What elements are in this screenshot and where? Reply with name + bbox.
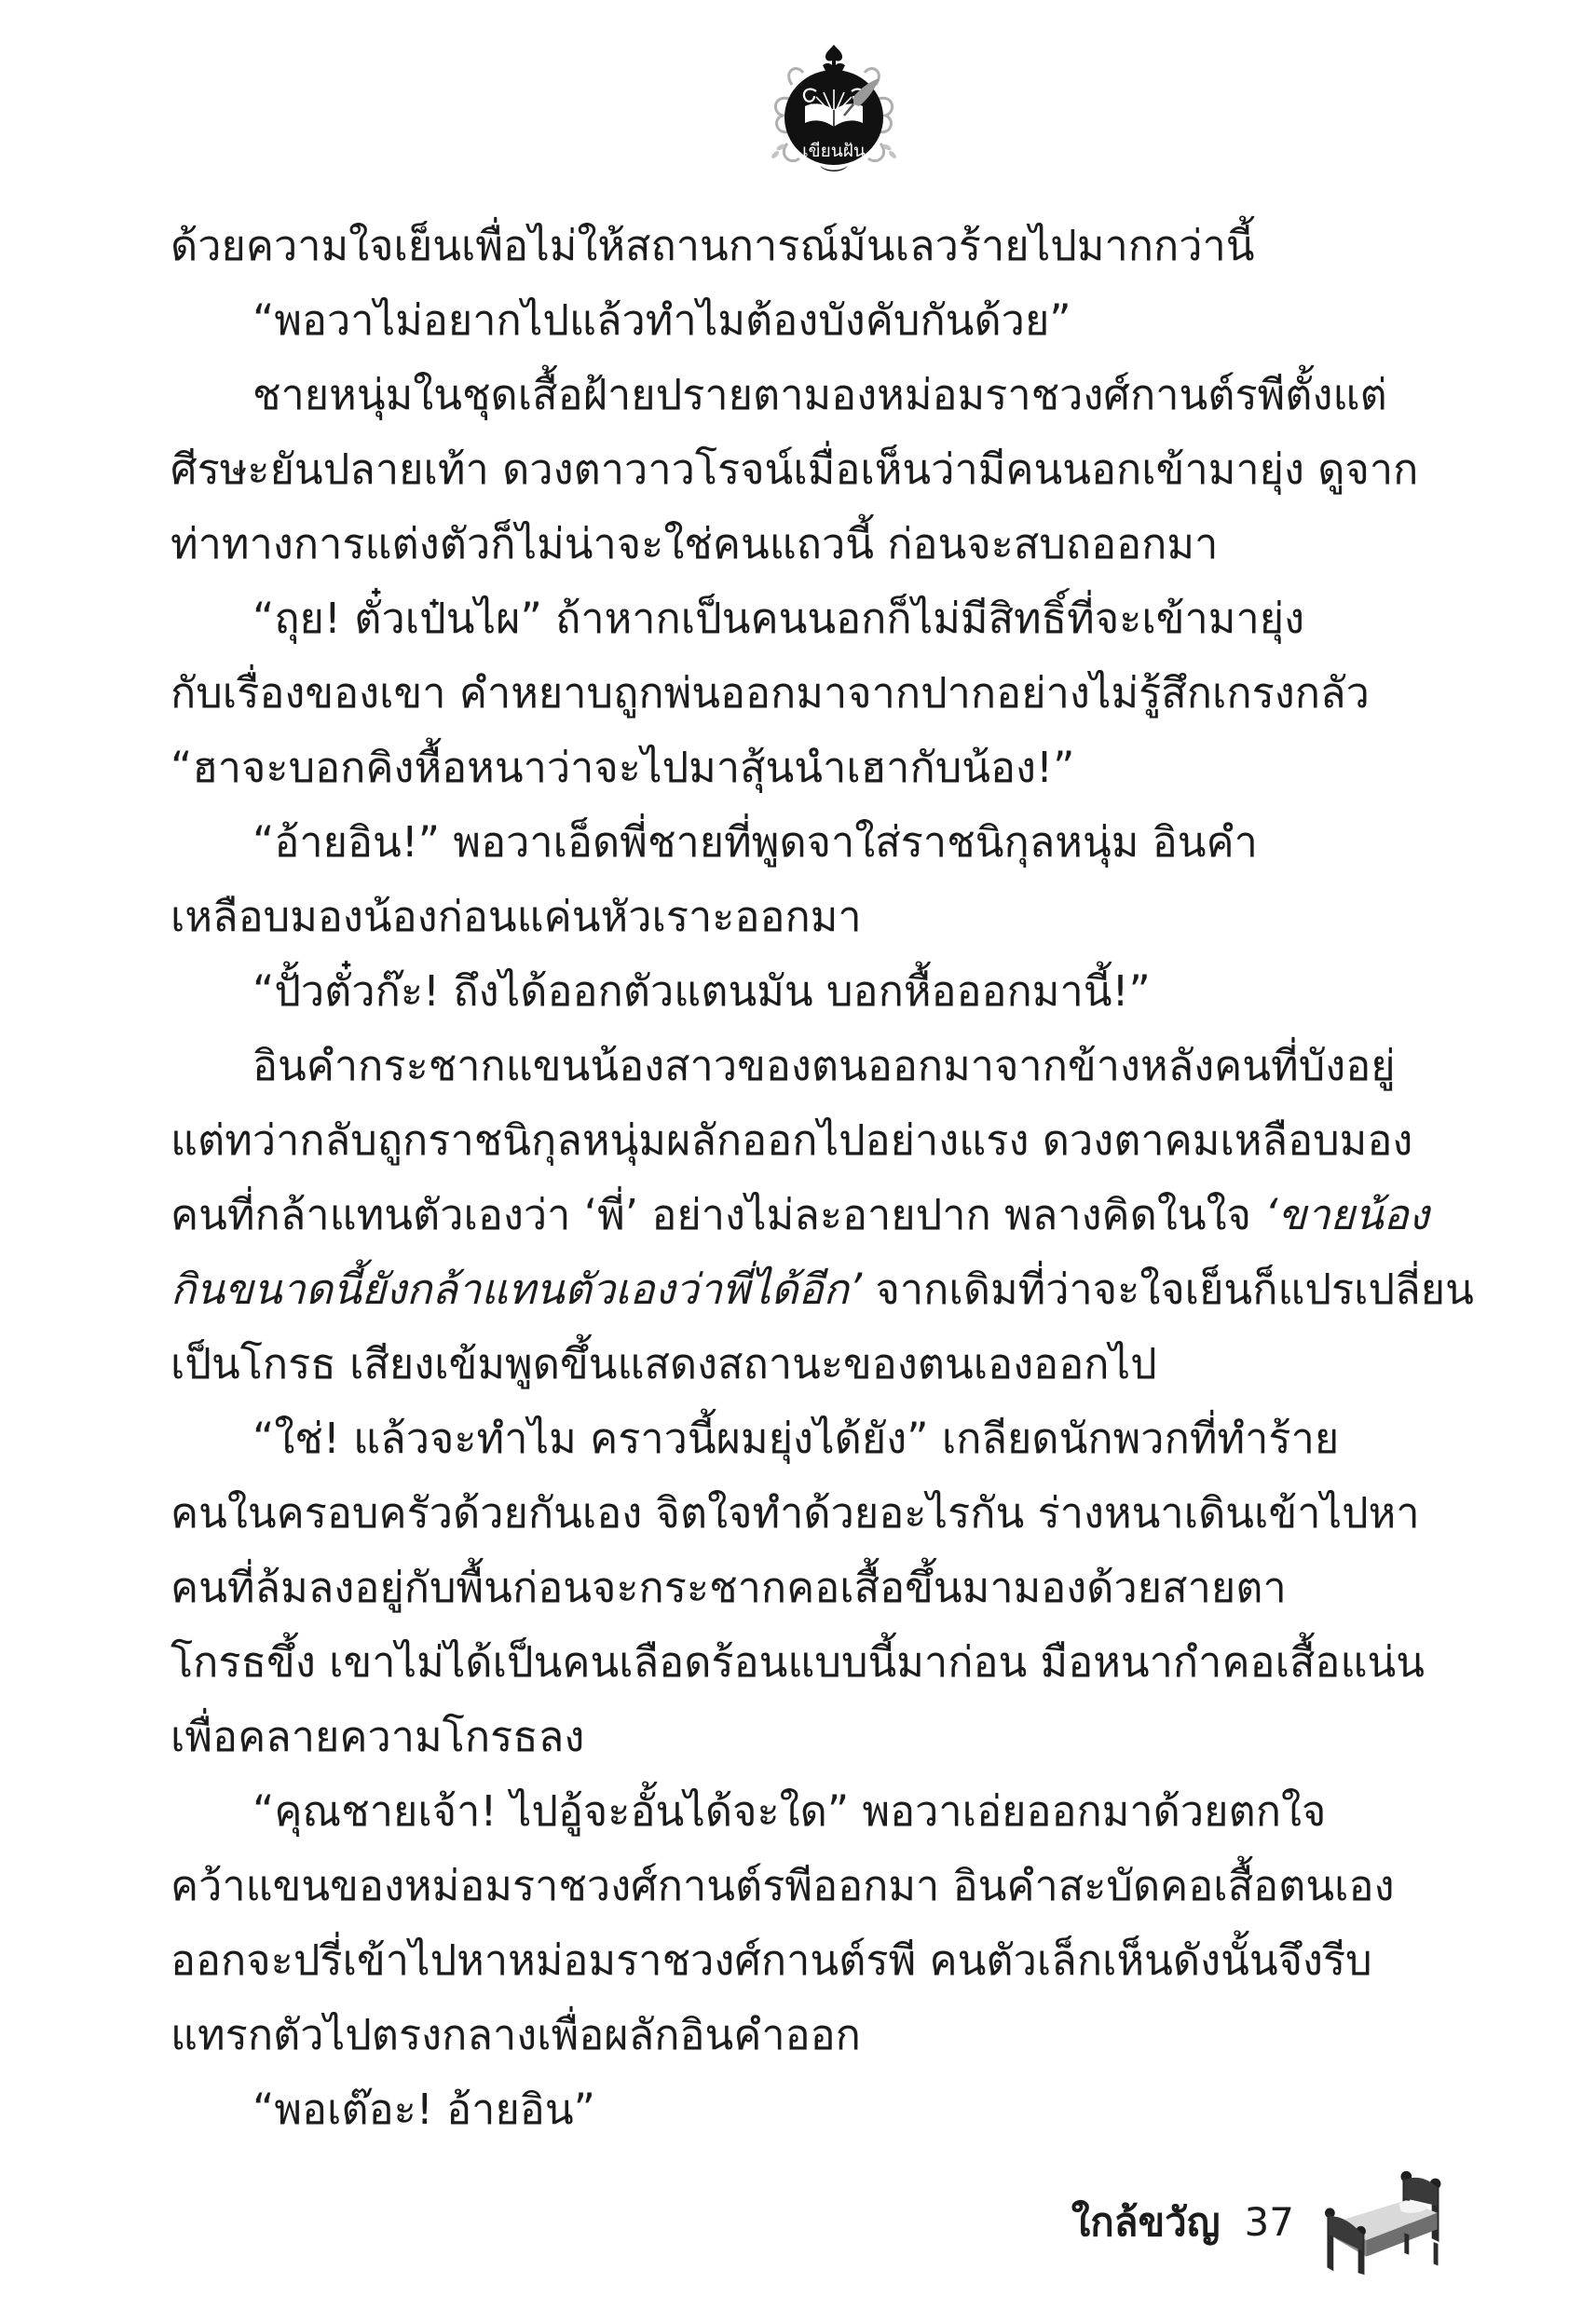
bed-icon [1322, 2166, 1441, 2279]
text-segment: “ฮาจะบอกคิงหื้อหนาว่าจะไปมาสุ้นนำเฮากับน… [171, 743, 1074, 792]
text-line: อินคำกระชากแขนน้องสาวของตนออกมาจากข้างหล… [171, 1029, 1442, 1103]
text-line: “พอเต๊อะ! อ้ายอิน” [171, 2072, 1442, 2147]
text-segment: โกรธขึ้ง เขาไม่ได้เป็นคนเลือดร้อนแบบนี้ม… [171, 1637, 1425, 1687]
text-line: คนที่ล้มลงอยู่กับพื้นก่อนจะกระชากคอเสื้อ… [171, 1551, 1442, 1625]
text-segment: อินคำกระชากแขนน้องสาวของตนออกมาจากข้างหล… [252, 1041, 1396, 1090]
text-line: ด้วยความใจเย็นเพื่อไม่ให้สถานการณ์มันเลว… [171, 209, 1442, 283]
text-segment: “ปั้วตั๋วก๊ะ! ถึงได้ออกตัวแตนมัน บอกหื้อ… [252, 966, 1151, 1016]
text-segment: ด้วยความใจเย็นเพื่อไม่ให้สถานการณ์มันเลว… [171, 221, 1255, 270]
footer-text: ใกล้ขวัญ 37 [1071, 2192, 1294, 2253]
text-segment: คนที่ล้มลงอยู่กับพื้นก่อนจะกระชากคอเสื้อ… [171, 1563, 1287, 1612]
text-segment: แทรกตัวไปตรงกลางเพื่อผลักอินคำออก [171, 2010, 861, 2059]
text-line: โกรธขึ้ง เขาไม่ได้เป็นคนเลือดร้อนแบบนี้ม… [171, 1625, 1442, 1700]
text-segment: “พอวาไม่อยากไปแล้วทำไมต้องบังคับกันด้วย” [252, 295, 1071, 345]
text-line: “ฮาจะบอกคิงหื้อหนาว่าจะไปมาสุ้นนำเฮากับน… [171, 731, 1442, 805]
publisher-logo-text: เขียนฝัน [802, 141, 866, 161]
text-line: เป็นโกรธ เสียงเข้มพูดขึ้นแสดงสถานะของตนเ… [171, 1327, 1442, 1402]
text-segment: “พอเต๊อะ! อ้ายอิน” [252, 2085, 595, 2134]
text-line: ชายหนุ่มในชุดเสื้อฝ้ายปรายตามองหม่อมราชว… [171, 358, 1442, 432]
text-segment: เป็นโกรธ เสียงเข้มพูดขึ้นแสดงสถานะของตนเ… [171, 1339, 1157, 1388]
running-title: ใกล้ขวัญ [1071, 2192, 1221, 2253]
text-segment: คนในครอบครัวด้วยกันเอง จิตใจทำด้วยอะไรกั… [171, 1488, 1420, 1538]
text-line: ออกจะปรี่เข้าไปหาหม่อมราชวงศ์กานต์รพี คน… [171, 1923, 1442, 1998]
publisher-emblem-icon: เขียนฝัน [764, 43, 904, 178]
book-page: เขียนฝัน ด้วยความใจเย็นเพื่อไม่ให้สถานกา… [0, 0, 1596, 2311]
text-line: แต่ทว่ากลับถูกราชนิกุลหนุ่มผลักออกไปอย่า… [171, 1103, 1442, 1178]
text-line: กินขนาดนี้ยังกล้าแทนตัวเองว่าพี่ได้อีก’ … [171, 1252, 1442, 1327]
text-segment: เพื่อคลายความโกรธลง [171, 1712, 584, 1761]
text-line: “พอวาไม่อยากไปแล้วทำไมต้องบังคับกันด้วย” [171, 283, 1442, 358]
text-line: เหลือบมองน้องก่อนแค่นหัวเราะออกมา [171, 880, 1442, 954]
text-segment: กับเรื่องของเขา คำหยาบถูกพ่นออกมาจากปากอ… [171, 668, 1370, 718]
bed-leg [1434, 2242, 1439, 2265]
text-segment: ท่าทางการแต่งตัวก็ไม่น่าจะใช่คนแถวนี้ ก่… [171, 519, 1218, 568]
publisher-logo: เขียนฝัน [764, 43, 904, 178]
text-line: เพื่อคลายความโกรธลง [171, 1700, 1442, 1774]
bed-vignette [1322, 2166, 1441, 2279]
text-line: ท่าทางการแต่งตัวก็ไม่น่าจะใช่คนแถวนี้ ก่… [171, 507, 1442, 581]
text-segment: ชายหนุ่มในชุดเสื้อฝ้ายปรายตามองหม่อมราชว… [252, 370, 1387, 419]
text-segment: แต่ทว่ากลับถูกราชนิกุลหนุ่มผลักออกไปอย่า… [171, 1115, 1412, 1165]
text-segment: ออกจะปรี่เข้าไปหาหม่อมราชวงศ์กานต์รพี คน… [171, 1935, 1372, 1985]
text-segment: “ใช่! แล้วจะทำไม คราวนี้ผมยุ่งได้ยัง” เก… [252, 1414, 1339, 1463]
text-line: “อ้ายอิน!” พอวาเอ็ดพี่ชายที่พูดจาใส่ราชน… [171, 805, 1442, 880]
text-segment: ศีรษะยันปลายเท้า ดวงตาวาวโรจน์เมื่อเห็นว… [171, 444, 1418, 494]
text-segment-italic: กินขนาดนี้ยังกล้าแทนตัวเองว่าพี่ได้อีก’ [171, 1265, 862, 1314]
text-line: คนที่กล้าแทนตัวเองว่า ‘พี่’ อย่างไม่ละอา… [171, 1178, 1442, 1252]
crown-ornament-icon [823, 45, 845, 73]
text-line: “ถุย! ตั๋วเป๋นไผ” ถ้าหากเป็นคนนอกก็ไม่มี… [171, 581, 1442, 656]
text-line: “คุณชายเจ้า! ไปอู้จะอั้นได้จะใด” พอวาเอ่… [171, 1774, 1442, 1849]
page-number: 37 [1245, 2199, 1294, 2245]
text-segment: จากเดิมที่ว่าจะใจเย็นก็แปรเปลี่ยน [862, 1265, 1474, 1314]
text-line: “ใช่! แล้วจะทำไม คราวนี้ผมยุ่งได้ยัง” เก… [171, 1402, 1442, 1476]
text-line: กับเรื่องของเขา คำหยาบถูกพ่นออกมาจากปากอ… [171, 656, 1442, 731]
text-block: ด้วยความใจเย็นเพื่อไม่ให้สถานการณ์มันเลว… [171, 209, 1442, 2147]
text-line: ศีรษะยันปลายเท้า ดวงตาวาวโรจน์เมื่อเห็นว… [171, 432, 1442, 507]
text-segment: คนที่กล้าแทนตัวเองว่า ‘พี่’ อย่างไม่ละอา… [171, 1190, 1264, 1239]
text-segment: “ถุย! ตั๋วเป๋นไผ” ถ้าหากเป็นคนนอกก็ไม่มี… [252, 594, 1304, 643]
text-line: คว้าแขนของหม่อมราชวงศ์กานต์รพีออกมา อินค… [171, 1849, 1442, 1923]
page-footer: ใกล้ขวัญ 37 [1071, 2166, 1441, 2279]
text-line: แทรกตัวไปตรงกลางเพื่อผลักอินคำออก [171, 1998, 1442, 2072]
text-segment: “อ้ายอิน!” พอวาเอ็ดพี่ชายที่พูดจาใส่ราชน… [252, 817, 1258, 867]
text-segment: คว้าแขนของหม่อมราชวงศ์กานต์รพีออกมา อินค… [171, 1861, 1395, 1910]
text-line: “ปั้วตั๋วก๊ะ! ถึงได้ออกตัวแตนมัน บอกหื้อ… [171, 954, 1442, 1029]
text-segment: “คุณชายเจ้า! ไปอู้จะอั้นได้จะใด” พอวาเอ่… [252, 1786, 1326, 1836]
text-segment-italic: ‘ขายน้อง [1264, 1190, 1428, 1239]
bed-leg [1404, 2233, 1409, 2254]
text-segment: เหลือบมองน้องก่อนแค่นหัวเราะออกมา [171, 892, 862, 941]
bottom-ornament-icon [820, 166, 848, 171]
text-line: คนในครอบครัวด้วยกันเอง จิตใจทำด้วยอะไรกั… [171, 1476, 1442, 1551]
